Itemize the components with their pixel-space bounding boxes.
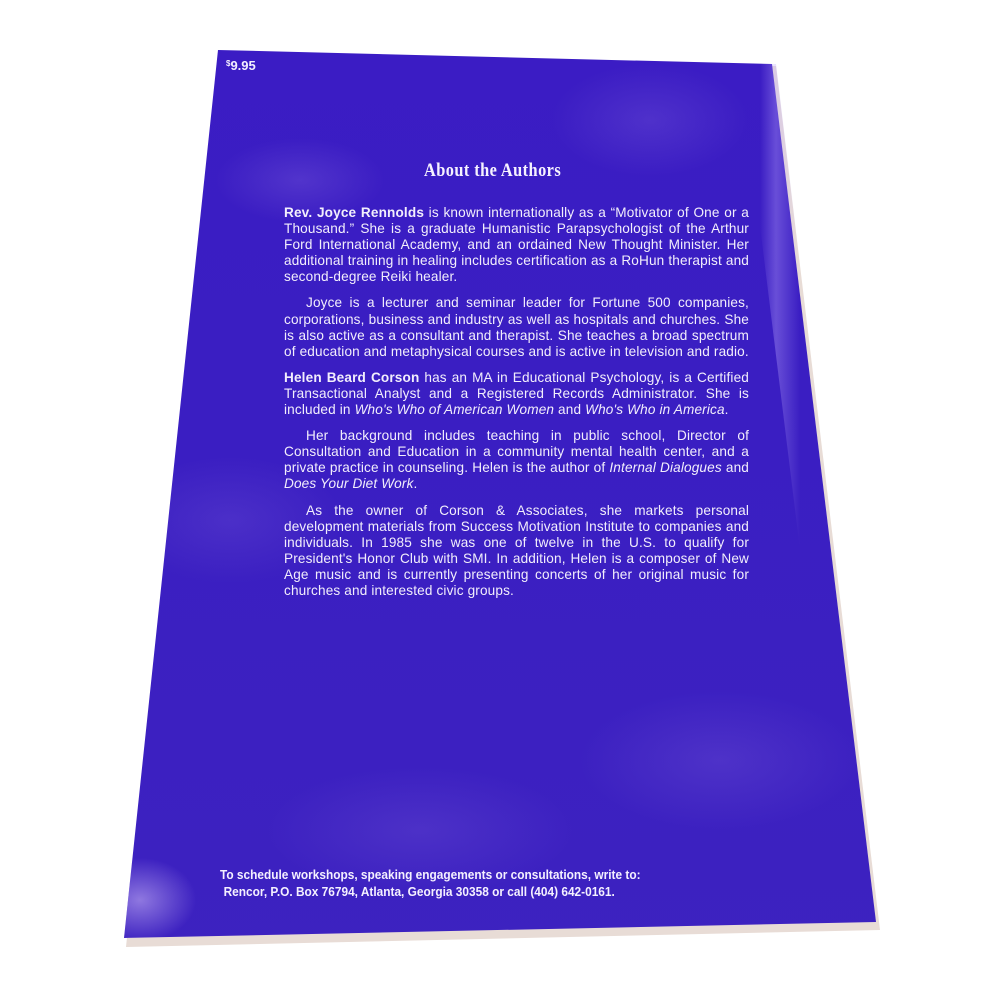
contact-info: To schedule workshops, speaking engageme… (220, 866, 778, 900)
author-biographies: Rev. Joyce Rennolds is known internation… (284, 205, 749, 609)
book-title: Who's Who in America (585, 402, 725, 417)
bio-text: and (554, 402, 585, 417)
bio-text: . (725, 402, 729, 417)
book-title: Who's Who of American Women (355, 402, 555, 417)
bio-paragraph-helen-bio-3: As the owner of Corson & Associates, she… (284, 503, 749, 600)
bio-paragraph-helen-bio-1: Helen Beard Corson has an MA in Educatio… (284, 370, 749, 418)
bio-text: Joyce is a lecturer and seminar leader f… (284, 295, 749, 358)
bio-paragraph-helen-bio-2: Her background includes teaching in publ… (284, 428, 749, 492)
book-photo: $9.95 About the Authors Rev. Joyce Renno… (0, 0, 1000, 1000)
contact-line-1: To schedule workshops, speaking engageme… (220, 866, 778, 883)
bio-text: and (722, 460, 749, 475)
cover-text: $9.95 About the Authors Rev. Joyce Renno… (0, 0, 1000, 1000)
bio-paragraph-joyce-bio-2: Joyce is a lecturer and seminar leader f… (284, 295, 749, 359)
author-name: Helen Beard Corson (284, 370, 419, 385)
bio-text: . (414, 476, 418, 491)
section-heading: About the Authors (424, 160, 561, 182)
bio-paragraph-joyce-bio-1: Rev. Joyce Rennolds is known internation… (284, 205, 749, 285)
bio-text: As the owner of Corson & Associates, she… (284, 503, 749, 598)
price-value: 9.95 (230, 58, 255, 73)
contact-line-2: Rencor, P.O. Box 76794, Atlanta, Georgia… (220, 883, 778, 900)
author-name: Rev. Joyce Rennolds (284, 205, 424, 220)
book-title: Does Your Diet Work (284, 476, 414, 491)
price-label: $9.95 (226, 58, 256, 73)
book-title: Internal Dialogues (609, 460, 721, 475)
